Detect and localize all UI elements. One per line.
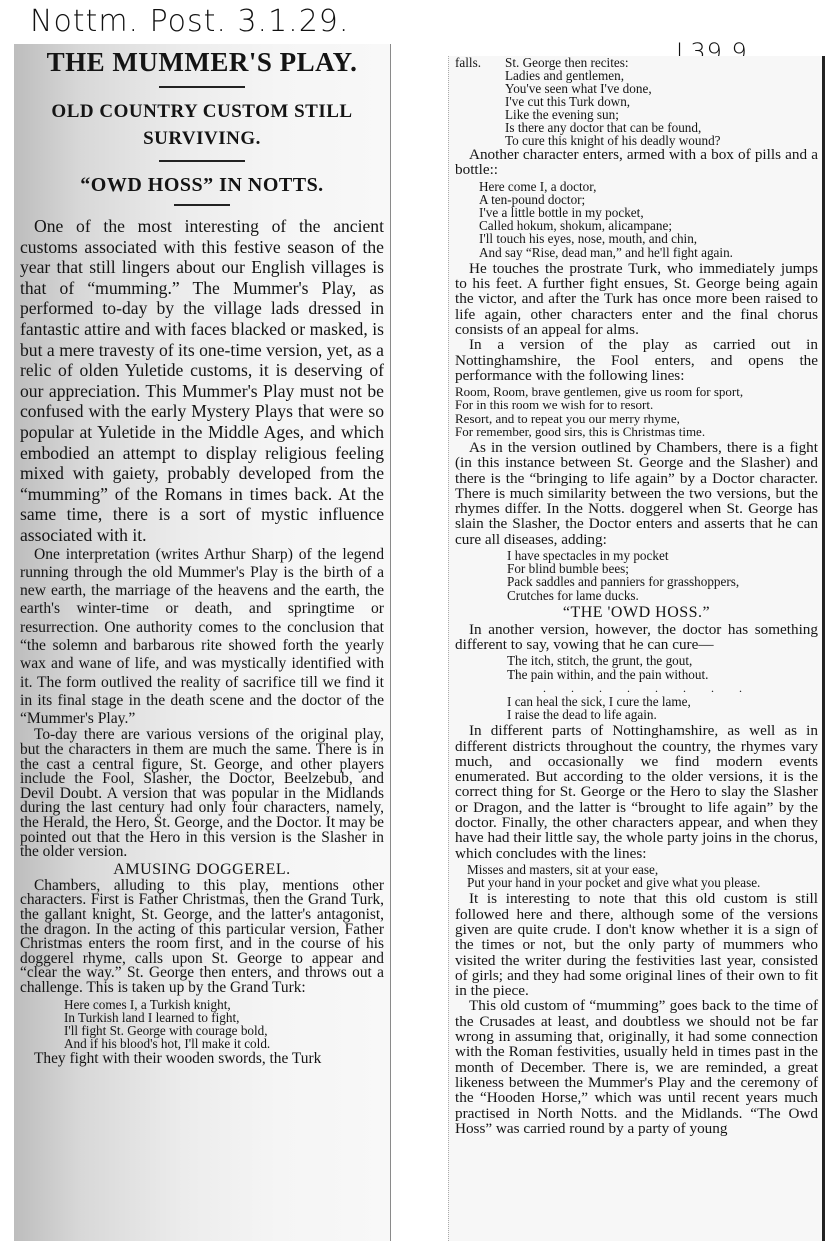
- verse-line: For remember, good sirs, this is Christm…: [455, 425, 818, 438]
- paragraph-crusades: This old custom of “mumming” goes back t…: [455, 998, 818, 1136]
- verse-line: Crutches for lame ducks.: [507, 589, 818, 602]
- subheadline: OLD COUNTRY CUSTOM STILL SURVIVING.: [20, 98, 384, 152]
- verse-st-george: falls.St. George then recites: Ladies an…: [455, 56, 818, 147]
- section-heading-amusing-doggerel: AMUSING DOGGEREL.: [20, 861, 384, 878]
- verse-line: For in this room we wish for to resort.: [455, 398, 818, 411]
- subheadline-line-2: SURVIVING.: [20, 125, 384, 152]
- verse-line: And if his blood's hot, I'll make it col…: [64, 1037, 384, 1050]
- verse-line: In Turkish land I learned to fight,: [64, 1011, 384, 1024]
- verse-line: Pack saddles and panniers for grasshoppe…: [507, 575, 818, 588]
- continuation-word: falls.: [455, 56, 505, 69]
- paragraph-interpretation: One interpretation (writes Arthur Sharp)…: [20, 546, 384, 729]
- verse-line: Resort, and to repeat you our merry rhym…: [455, 412, 818, 425]
- verse-line: The pain within, and the pain without.: [507, 668, 818, 681]
- verse-line: Here come I, a doctor,: [479, 180, 818, 193]
- handwritten-source-note: Nottm. Post. 3.1.29.: [30, 4, 349, 39]
- verse-heal: I can heal the sick, I cure the lame, I …: [455, 695, 818, 721]
- paragraph-fight-start: They fight with their wooden swords, the…: [20, 1052, 384, 1067]
- paragraph-still-followed: It is interesting to note that this old …: [455, 891, 818, 998]
- paragraph-notts-version: In a version of the play as carried out …: [455, 337, 818, 383]
- verse-line: Here comes I, a Turkish knight,: [64, 998, 384, 1011]
- verse-cure: The itch, stitch, the grunt, the gout, T…: [455, 654, 818, 680]
- verse-line: I'll touch his eyes, nose, mouth, and ch…: [479, 232, 818, 245]
- verse-line: I raise the dead to life again.: [507, 708, 818, 721]
- verse-chorus: Misses and masters, sit at your ease, Pu…: [455, 863, 818, 889]
- paragraph-different-parts: In different parts of Nottinghamshire, a…: [455, 723, 818, 861]
- verse-line: The itch, stitch, the grunt, the gout,: [507, 654, 818, 667]
- divider: [159, 86, 245, 88]
- verse-line: And say “Rise, dead man,” and he'll figh…: [479, 246, 818, 259]
- paragraph-doctor-enters: Another character enters, armed with a b…: [455, 147, 818, 178]
- paragraph-chambers-comparison: As in the version outlined by Chambers, …: [455, 440, 818, 547]
- verse-doctor: Here come I, a doctor, A ten-pound docto…: [455, 180, 818, 259]
- paragraph-intro: One of the most interesting of the ancie…: [20, 216, 384, 546]
- deck-heading: “OWD HOSS” IN NOTTS.: [20, 172, 384, 198]
- verse-spectacles: I have spectacles in my pocket For blind…: [455, 549, 818, 602]
- headline: THE MUMMER'S PLAY.: [20, 44, 384, 78]
- right-column: falls.St. George then recites: Ladies an…: [448, 56, 825, 1241]
- section-heading-owd-hoss: “THE 'OWD HOSS.”: [455, 604, 818, 621]
- left-column: THE MUMMER'S PLAY. OLD COUNTRY CUSTOM ST…: [14, 44, 391, 1241]
- verse-fool: Room, Room, brave gentlemen, give us roo…: [455, 385, 818, 438]
- paragraph-another-version: In another version, however, the doctor …: [455, 622, 818, 653]
- paragraph-turk-revived: He touches the prostrate Turk, who immed…: [455, 261, 818, 337]
- divider: [159, 160, 245, 162]
- verse-line: Put your hand in your pocket and give wh…: [467, 876, 818, 889]
- ellipsis-dots: . . . . . . . .: [455, 683, 818, 693]
- paragraph-chambers: Chambers, alluding to this play, mention…: [20, 879, 384, 996]
- subheadline-line-1: OLD COUNTRY CUSTOM STILL: [20, 98, 384, 125]
- verse-turkish-knight: Here comes I, a Turkish knight, In Turki…: [20, 998, 384, 1051]
- divider: [174, 204, 230, 206]
- paragraph-versions: To-day there are various versions of the…: [20, 728, 384, 859]
